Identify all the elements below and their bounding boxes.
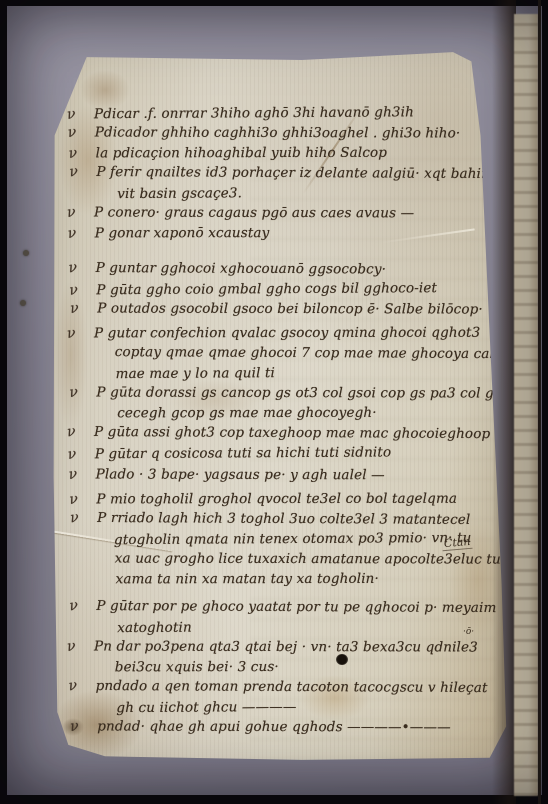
manuscript-line-text: P gonar xaponō xcaustay xyxy=(95,223,270,243)
manuscript-line: coptay qmae qmae ghocoi 7 cop mae mae gh… xyxy=(95,342,495,364)
manuscript-line-text: xama ta nin xa matan tay xa togholin· xyxy=(96,569,379,589)
manuscript-line: νP gonar xaponō xcaustay xyxy=(95,223,495,244)
manuscript-line: νP conero· graus cagaus pgō aus caes ava… xyxy=(94,202,494,223)
manuscript-page: νPdicar .f. onrrar 3hiho aghō 3hi havanō… xyxy=(50,50,508,762)
paragraph-mark: ν xyxy=(67,257,78,278)
manuscript-line: gh cu iichot ghcu ———— xyxy=(96,696,496,718)
manuscript-line-text: xatoghotin xyxy=(97,618,192,639)
paragraph-mark: ν xyxy=(69,507,80,528)
manuscript-line: νPlado · 3 bape· yagsaus pe· y agh ualel… xyxy=(96,464,496,485)
paragraph-mark: ν xyxy=(66,202,77,223)
paragraph-mark: ν xyxy=(66,323,77,344)
manuscript-line-text: P gūtar por pe ghoco yaatat por tu pe qg… xyxy=(96,596,496,618)
manuscript-line-text: coptay qmae qmae ghocoi 7 cop mae mae gh… xyxy=(95,342,520,364)
manuscript-line-text: P outados gsocobil gsoco bei biloncop ē·… xyxy=(97,298,483,319)
manuscript-line-text: Plado · 3 bape· yagsaus pe· y agh ualel … xyxy=(96,464,385,485)
manuscript-line-text: pndado a qen toman prenda tacoton tacocg… xyxy=(96,676,488,698)
manuscript-line: cecegh gcop gs mae mae ghocoyegh· xyxy=(97,403,497,424)
manuscript-line-text: P mio togholil groghol qvocol te3el co b… xyxy=(96,489,457,510)
manuscript-line: xa uac grogho lice tuxaxich amatanue apo… xyxy=(95,548,495,569)
paragraph-mark: ν xyxy=(67,675,78,696)
paragraph-mark: ν xyxy=(67,464,78,485)
manuscript-line: νP guntar gghocoi xghocouanō ggsocobcy· xyxy=(96,258,496,280)
manuscript-line: νPdicar .f. onrrar 3hiho aghō 3hi havanō… xyxy=(94,102,494,124)
manuscript-line-text: vit basin gscaçe3. xyxy=(97,183,242,204)
manuscript-line: νP rriado lagh hich 3 toghol 3uo colte3e… xyxy=(97,508,497,530)
manuscript-line-text: P gūta assi ghot3 cop taxeghoop mae mac … xyxy=(94,422,490,444)
binding-gutter-shadow xyxy=(492,0,516,804)
superscript-abbreviation: ·ō· xyxy=(463,627,474,637)
manuscript-line: νP gūta assi ghot3 cop taxeghoop mae mac… xyxy=(94,422,494,444)
ink-blot xyxy=(336,654,348,665)
interlinear-insertion: Ctan xyxy=(441,535,473,552)
manuscript-line-text: Pn dar po3pena qta3 qtai bej · vn· ta3 b… xyxy=(94,636,478,657)
manuscript-line-text: P gūta dorassi gs cancop gs ot3 col gsoi… xyxy=(96,382,517,403)
manuscript-line-text: Pdicador ghhiho caghhi3o ghhi3oaghel . g… xyxy=(95,122,461,143)
manuscript-line-text: P conero· graus cagaus pgō aus caes avau… xyxy=(94,202,414,223)
manuscript-line: gtogholin qmata nin tenex otomax po3 pmi… xyxy=(94,528,494,550)
manuscript-line-text: Pdicar .f. onrrar 3hiho aghō 3hi havanō … xyxy=(94,102,414,124)
manuscript-photo: νPdicar .f. onrrar 3hiho aghō 3hi havanō… xyxy=(0,0,548,804)
paragraph-mark: ν xyxy=(66,223,77,244)
adjacent-leaf-edge xyxy=(514,14,538,796)
manuscript-line-text: bei3cu xquis bei· 3 cus· xyxy=(95,657,279,677)
paragraph-mark: ν xyxy=(69,716,80,737)
manuscript-line-text: mae mae y lo na quil ti xyxy=(96,363,276,384)
manuscript-line-text: P gūtar q cosicosa tuti sa hichi tuti si… xyxy=(95,442,392,464)
manuscript-line: xama ta nin xa matan tay xa togholin· xyxy=(96,569,496,590)
paragraph-mark: ν xyxy=(66,122,77,143)
manuscript-line-text: P ferir qnailtes id3 porhaçer iz delante… xyxy=(96,162,510,184)
manuscript-line-text: P gūta ggho coio gmbal ggho cogs bil ggh… xyxy=(96,278,437,300)
manuscript-line: νP ferir qnailtes id3 porhaçer iz delant… xyxy=(96,162,496,184)
manuscript-line: vit basin gscaçe3. xyxy=(97,182,497,204)
manuscript-line-text: la pdicaçion hihoaghibal yuib hiho Salco… xyxy=(96,143,388,164)
paragraph-mark: ν xyxy=(66,636,77,657)
margin-ink-dot xyxy=(20,300,26,306)
manuscript-line: νP gūta ggho coio gmbal ggho cogs bil gg… xyxy=(96,278,496,300)
manuscript-line-text: P gutar confechion qvalac gsocoy qmina g… xyxy=(94,323,480,344)
margin-ink-dot xyxy=(23,250,29,256)
paragraph-mark: ν xyxy=(69,298,80,319)
manuscript-line: νPn dar po3pena qta3 qtai bej · vn· ta3 … xyxy=(94,636,494,657)
manuscript-line-text: gh cu iichot ghcu ———— xyxy=(96,697,296,718)
paragraph-mark: ν xyxy=(66,421,77,442)
manuscript-line-text: P guntar gghocoi xghocouanō ggsocobcy· xyxy=(96,258,387,280)
manuscript-line-text: gtogholin qmata nin tenex otomax po3 pmi… xyxy=(94,528,472,550)
manuscript-line: νP gūtar por pe ghoco yaatat por tu pe q… xyxy=(96,596,496,618)
leaf-edge-line xyxy=(538,0,541,804)
manuscript-line-text: cecegh gcop gs mae mae ghocoyegh· xyxy=(97,403,377,423)
paragraph-mark: ν xyxy=(68,382,79,403)
manuscript-line: xatoghotin xyxy=(97,616,497,638)
manuscript-line-text: xa uac grogho lice tuxaxich amatanue apo… xyxy=(95,548,511,569)
manuscript-line: νla pdicaçion hihoaghibal yuib hiho Salc… xyxy=(96,143,496,164)
paragraph-mark: ν xyxy=(68,161,79,182)
paragraph-mark: ν xyxy=(68,595,79,616)
manuscript-line: νPdicador ghhiho caghhi3o ghhi3oaghel . … xyxy=(95,122,495,143)
paragraph-mark: ν xyxy=(66,444,77,465)
manuscript-line: νP mio togholil groghol qvocol te3el co … xyxy=(96,489,496,510)
manuscript-line: νP gutar confechion qvalac gsocoy qmina … xyxy=(94,323,494,344)
manuscript-line-text: P rriado lagh hich 3 toghol 3uo colte3el… xyxy=(97,508,470,530)
handwritten-text-block: νPdicar .f. onrrar 3hiho aghō 3hi havanō… xyxy=(94,103,494,737)
manuscript-line: νP gūtar q cosicosa tuti sa hichi tuti s… xyxy=(95,442,495,464)
manuscript-line: νP gūta dorassi gs cancop gs ot3 col gso… xyxy=(96,382,496,403)
manuscript-line: νpndado a qen toman prenda tacoton tacoc… xyxy=(96,676,496,698)
manuscript-line-text: pndad· qhae gh apui gohue qghods ————•——… xyxy=(97,716,451,737)
manuscript-line: νP outados gsocobil gsoco bei biloncop ē… xyxy=(97,298,497,319)
manuscript-line: νpndad· qhae gh apui gohue qghods ————•—… xyxy=(97,716,497,737)
manuscript-line: mae mae y lo na quil ti xyxy=(96,362,496,384)
manuscript-line: bei3cu xquis bei· 3 cus· xyxy=(95,657,495,678)
